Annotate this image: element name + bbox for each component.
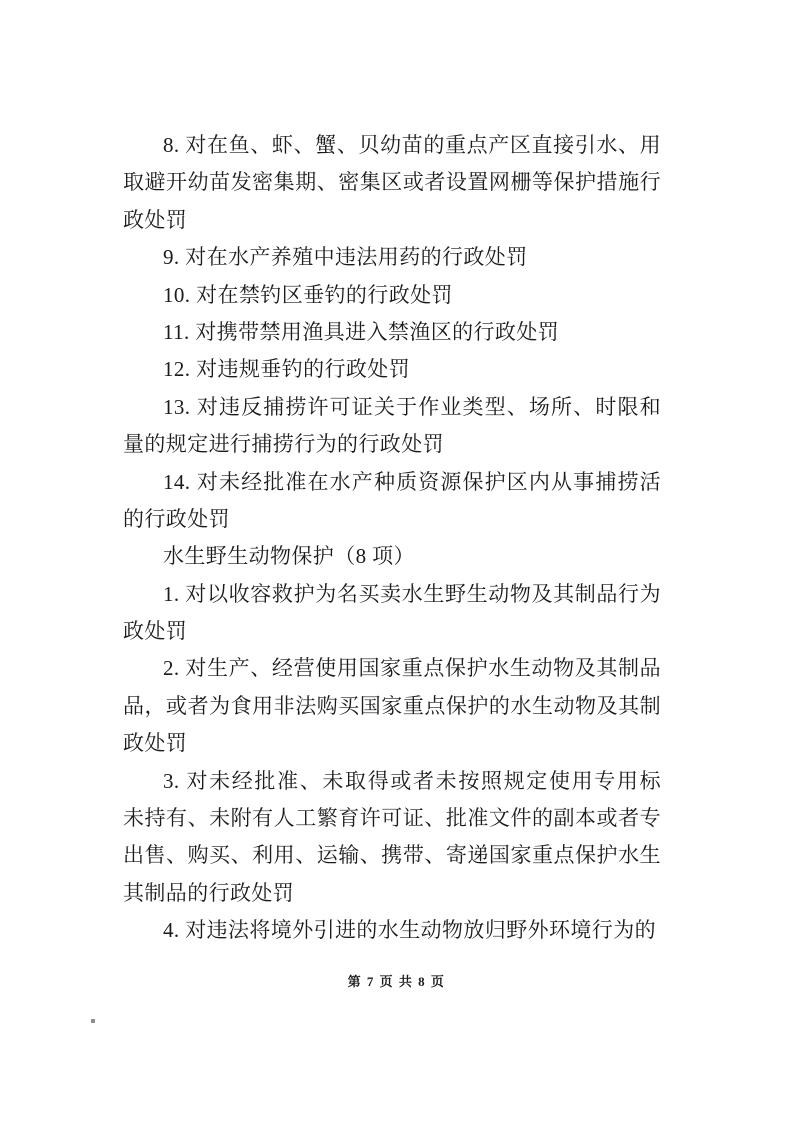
- text-line: 9. 对在水产养殖中违法用药的行政处罚: [123, 239, 661, 276]
- page-footer: 第 7 页 共 8 页: [0, 971, 793, 991]
- document-body: 8. 对在鱼、虾、蟹、贝幼苗的重点产区直接引水、用水未采 取避开幼苗发密集期、密…: [123, 127, 661, 950]
- text-line: 出售、购买、利用、运输、携带、寄递国家重点保护水生动物及: [123, 837, 661, 874]
- text-line: 2. 对生产、经营使用国家重点保护水生动物及其制品制作食: [123, 650, 661, 687]
- text-line: 政处罚: [123, 725, 661, 762]
- text-line: 14. 对未经批准在水产种质资源保护区内从事捕捞活动行为: [123, 464, 661, 501]
- text-line: 量的规定进行捕捞行为的行政处罚: [123, 426, 661, 463]
- scan-speck: [91, 1019, 95, 1023]
- section-heading: 水生野生动物保护（8 项）: [123, 538, 661, 575]
- text-line: 11. 对携带禁用渔具进入禁渔区的行政处罚: [123, 314, 661, 351]
- text-line: 的行政处罚: [123, 501, 661, 538]
- text-line: 其制品的行政处罚: [123, 875, 661, 912]
- text-line: 品，或者为食用非法购买国家重点保护的水生动物及其制品的行: [123, 688, 661, 725]
- text-line: 8. 对在鱼、虾、蟹、贝幼苗的重点产区直接引水、用水未采: [123, 127, 661, 164]
- text-line: 未持有、未附有人工繁育许可证、批准文件的副本或者专用标识: [123, 800, 661, 837]
- text-line: 3. 对未经批准、未取得或者未按照规定使用专用标识，或者: [123, 763, 661, 800]
- text-line: 4. 对违法将境外引进的水生动物放归野外环境行为的行政: [123, 912, 661, 949]
- text-line: 政处罚: [123, 613, 661, 650]
- text-line: 取避开幼苗发密集期、密集区或者设置网栅等保护措施行为的行: [123, 164, 661, 201]
- text-line: 13. 对违反捕捞许可证关于作业类型、场所、时限和渔具数: [123, 389, 661, 426]
- document-page: 8. 对在鱼、虾、蟹、贝幼苗的重点产区直接引水、用水未采 取避开幼苗发密集期、密…: [0, 0, 793, 1122]
- text-line: 12. 对违规垂钓的行政处罚: [123, 351, 661, 388]
- text-line: 政处罚: [123, 202, 661, 239]
- page-number-label: 第 7 页 共 8 页: [348, 974, 446, 989]
- text-line: 10. 对在禁钓区垂钓的行政处罚: [123, 277, 661, 314]
- text-line: 1. 对以收容救护为名买卖水生野生动物及其制品行为的行: [123, 576, 661, 613]
